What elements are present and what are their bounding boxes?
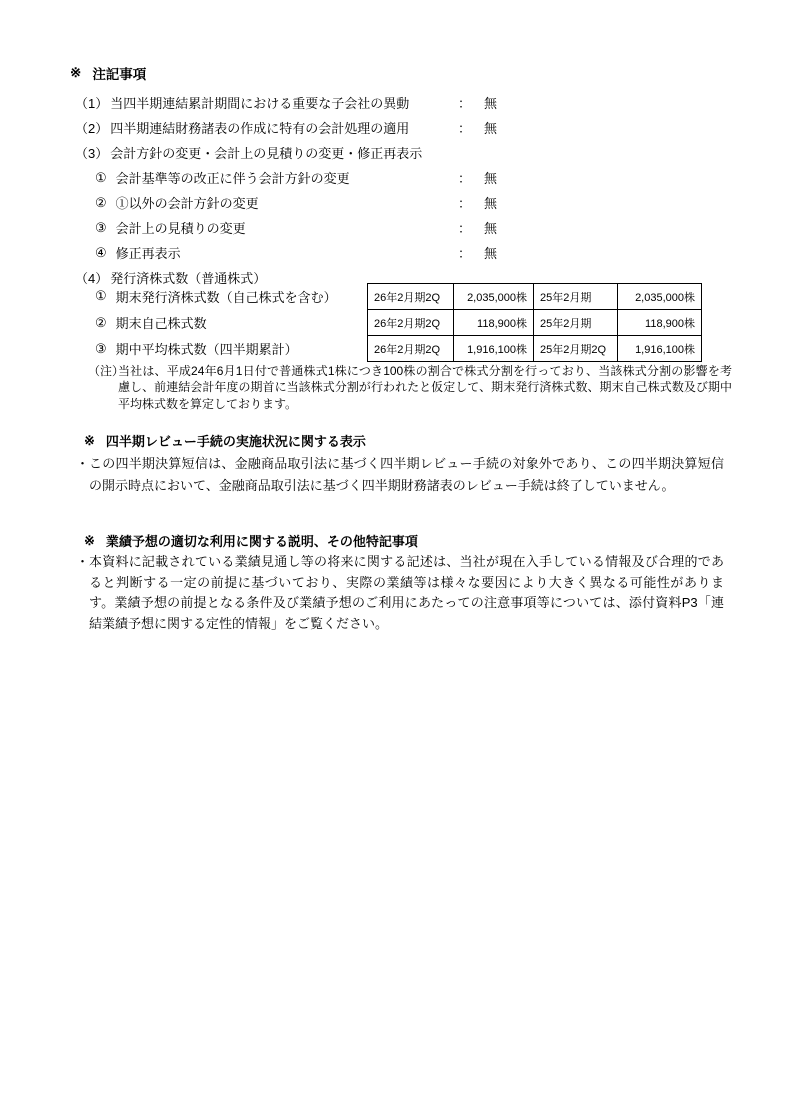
review-text: この四半期決算短信は、金融商品取引法に基づく四半期レビュー手続の対象外であり、こ… — [89, 453, 724, 497]
note-subitem-4: ④ 修正再表示 ： 無 — [75, 240, 675, 265]
item-label: 会計上の見積りの変更 — [116, 218, 246, 237]
note-item-3: （3） 会計方針の変更・会計上の見積りの変更・修正再表示 — [75, 140, 675, 165]
table-cell-period: 26年2月期2Q — [368, 284, 454, 310]
table-row: 26年2月期2Q 1,916,100株 25年2月期2Q 1,916,100株 — [368, 336, 702, 362]
note-subitem-3: ③ 会計上の見積りの変更 ： 無 — [75, 215, 675, 240]
table-cell-value: 2,035,000株 — [618, 284, 702, 310]
review-section-header: ※ 四半期レビュー手続の実施状況に関する表示 — [84, 431, 724, 450]
table-footnote: （注） 当社は、平成24年6月1日付で普通株式1株につき100株の割合で株式分割… — [88, 363, 732, 412]
item-value: 無 — [484, 193, 497, 212]
item-colon: ： — [458, 218, 471, 237]
item-colon: ： — [458, 193, 471, 212]
circled-number-2: ② — [95, 315, 107, 331]
forecast-section: ※ 業績予想の適切な利用に関する説明、その他特記事項 ・ 本資料に記載されている… — [76, 531, 724, 634]
forecast-paragraph: ・ 本資料に記載されている業績見通し等の将来に関する記述は、当社が現在入手してい… — [76, 552, 724, 634]
reference-mark-icon: ※ — [84, 533, 95, 549]
note-subitem-2: ② ①以外の会計方針の変更 ： 無 — [75, 190, 675, 215]
circled-number-4: ④ — [95, 245, 107, 261]
footnote-label: （注） — [88, 363, 118, 412]
table-cell-value: 1,916,100株 — [618, 336, 702, 362]
table-cell-value: 2,035,000株 — [454, 284, 534, 310]
item-label: ①以外の会計方針の変更 — [116, 193, 259, 212]
item-label: 会計基準等の改正に伴う会計方針の変更 — [116, 168, 350, 187]
table-cell-value: 1,916,100株 — [454, 336, 534, 362]
notes-list: （1） 当四半期連結累計期間における重要な子会社の異動 ： 無 （2） 四半期連… — [75, 90, 675, 290]
item-value: 無 — [484, 218, 497, 237]
share-row-text: 期中平均株式数（四半期累計） — [116, 339, 298, 358]
note-subitem-1: ① 会計基準等の改正に伴う会計方針の変更 ： 無 — [75, 165, 675, 190]
share-row-label-2: ② 期末自己株式数 — [95, 309, 367, 335]
review-paragraph: ・ この四半期決算短信は、金融商品取引法に基づく四半期レビュー手続の対象外であり… — [76, 453, 724, 497]
item-colon: ： — [458, 118, 471, 137]
review-section-title: 四半期レビュー手続の実施状況に関する表示 — [106, 431, 366, 450]
circled-number-3: ③ — [95, 220, 107, 236]
reference-mark-icon: ※ — [70, 65, 81, 81]
table-row: 26年2月期2Q 118,900株 25年2月期 118,900株 — [368, 310, 702, 336]
item-label: 四半期連結財務諸表の作成に特有の会計処理の適用 — [110, 118, 409, 137]
item-value: 無 — [484, 243, 497, 262]
document-page: ※ 注記事項 （1） 当四半期連結累計期間における重要な子会社の異動 ： 無 （… — [0, 0, 790, 1118]
note-item-1: （1） 当四半期連結累計期間における重要な子会社の異動 ： 無 — [75, 90, 675, 115]
item-number: （1） — [75, 93, 108, 112]
share-row-text: 期末発行済株式数（自己株式を含む） — [116, 287, 337, 306]
circled-number-3: ③ — [95, 341, 107, 357]
share-row-label-3: ③ 期中平均株式数（四半期累計） — [95, 336, 367, 362]
item-number: （2） — [75, 118, 108, 137]
item-value: 無 — [484, 93, 497, 112]
table-cell-period: 25年2月期2Q — [534, 336, 618, 362]
item-colon: ： — [458, 93, 471, 112]
table-cell-period: 26年2月期2Q — [368, 336, 454, 362]
reference-mark-icon: ※ — [84, 433, 95, 449]
forecast-section-title: 業績予想の適切な利用に関する説明、その他特記事項 — [106, 531, 418, 550]
table-row: 26年2月期2Q 2,035,000株 25年2月期 2,035,000株 — [368, 284, 702, 310]
circled-number-2: ② — [95, 195, 107, 211]
share-row-text: 期末自己株式数 — [116, 313, 207, 332]
notes-section-header: ※ 注記事項 — [70, 63, 146, 83]
item-colon: ： — [458, 168, 471, 187]
note-item-2: （2） 四半期連結財務諸表の作成に特有の会計処理の適用 ： 無 — [75, 115, 675, 140]
item-colon: ： — [458, 243, 471, 262]
forecast-section-header: ※ 業績予想の適切な利用に関する説明、その他特記事項 — [84, 531, 724, 550]
shares-table: 26年2月期2Q 2,035,000株 25年2月期 2,035,000株 26… — [367, 283, 702, 362]
item-label: 当四半期連結累計期間における重要な子会社の異動 — [110, 93, 409, 112]
item-number: （3） — [75, 143, 108, 162]
item-value: 無 — [484, 118, 497, 137]
review-section: ※ 四半期レビュー手続の実施状況に関する表示 ・ この四半期決算短信は、金融商品… — [76, 431, 724, 497]
circled-number-1: ① — [95, 288, 107, 304]
table-cell-value: 118,900株 — [454, 310, 534, 336]
notes-section-title: 注記事項 — [92, 63, 146, 83]
circled-number-1: ① — [95, 170, 107, 186]
table-cell-period: 26年2月期2Q — [368, 310, 454, 336]
table-cell-period: 25年2月期 — [534, 310, 618, 336]
item-label: 修正再表示 — [116, 243, 181, 262]
table-cell-value: 118,900株 — [618, 310, 702, 336]
item-value: 無 — [484, 168, 497, 187]
forecast-text: 本資料に記載されている業績見通し等の将来に関する記述は、当社が現在入手している情… — [89, 552, 724, 634]
footnote-text: 当社は、平成24年6月1日付で普通株式1株につき100株の割合で株式分割を行って… — [118, 363, 732, 412]
share-row-label-1: ① 期末発行済株式数（自己株式を含む） — [95, 283, 367, 309]
item-label: 会計方針の変更・会計上の見積りの変更・修正再表示 — [110, 143, 422, 162]
bullet-marker: ・ — [76, 552, 89, 634]
shares-section: ① 期末発行済株式数（自己株式を含む） ② 期末自己株式数 ③ 期中平均株式数（… — [95, 283, 702, 362]
table-cell-period: 25年2月期 — [534, 284, 618, 310]
share-row-labels: ① 期末発行済株式数（自己株式を含む） ② 期末自己株式数 ③ 期中平均株式数（… — [95, 283, 367, 362]
bullet-marker: ・ — [76, 453, 89, 497]
